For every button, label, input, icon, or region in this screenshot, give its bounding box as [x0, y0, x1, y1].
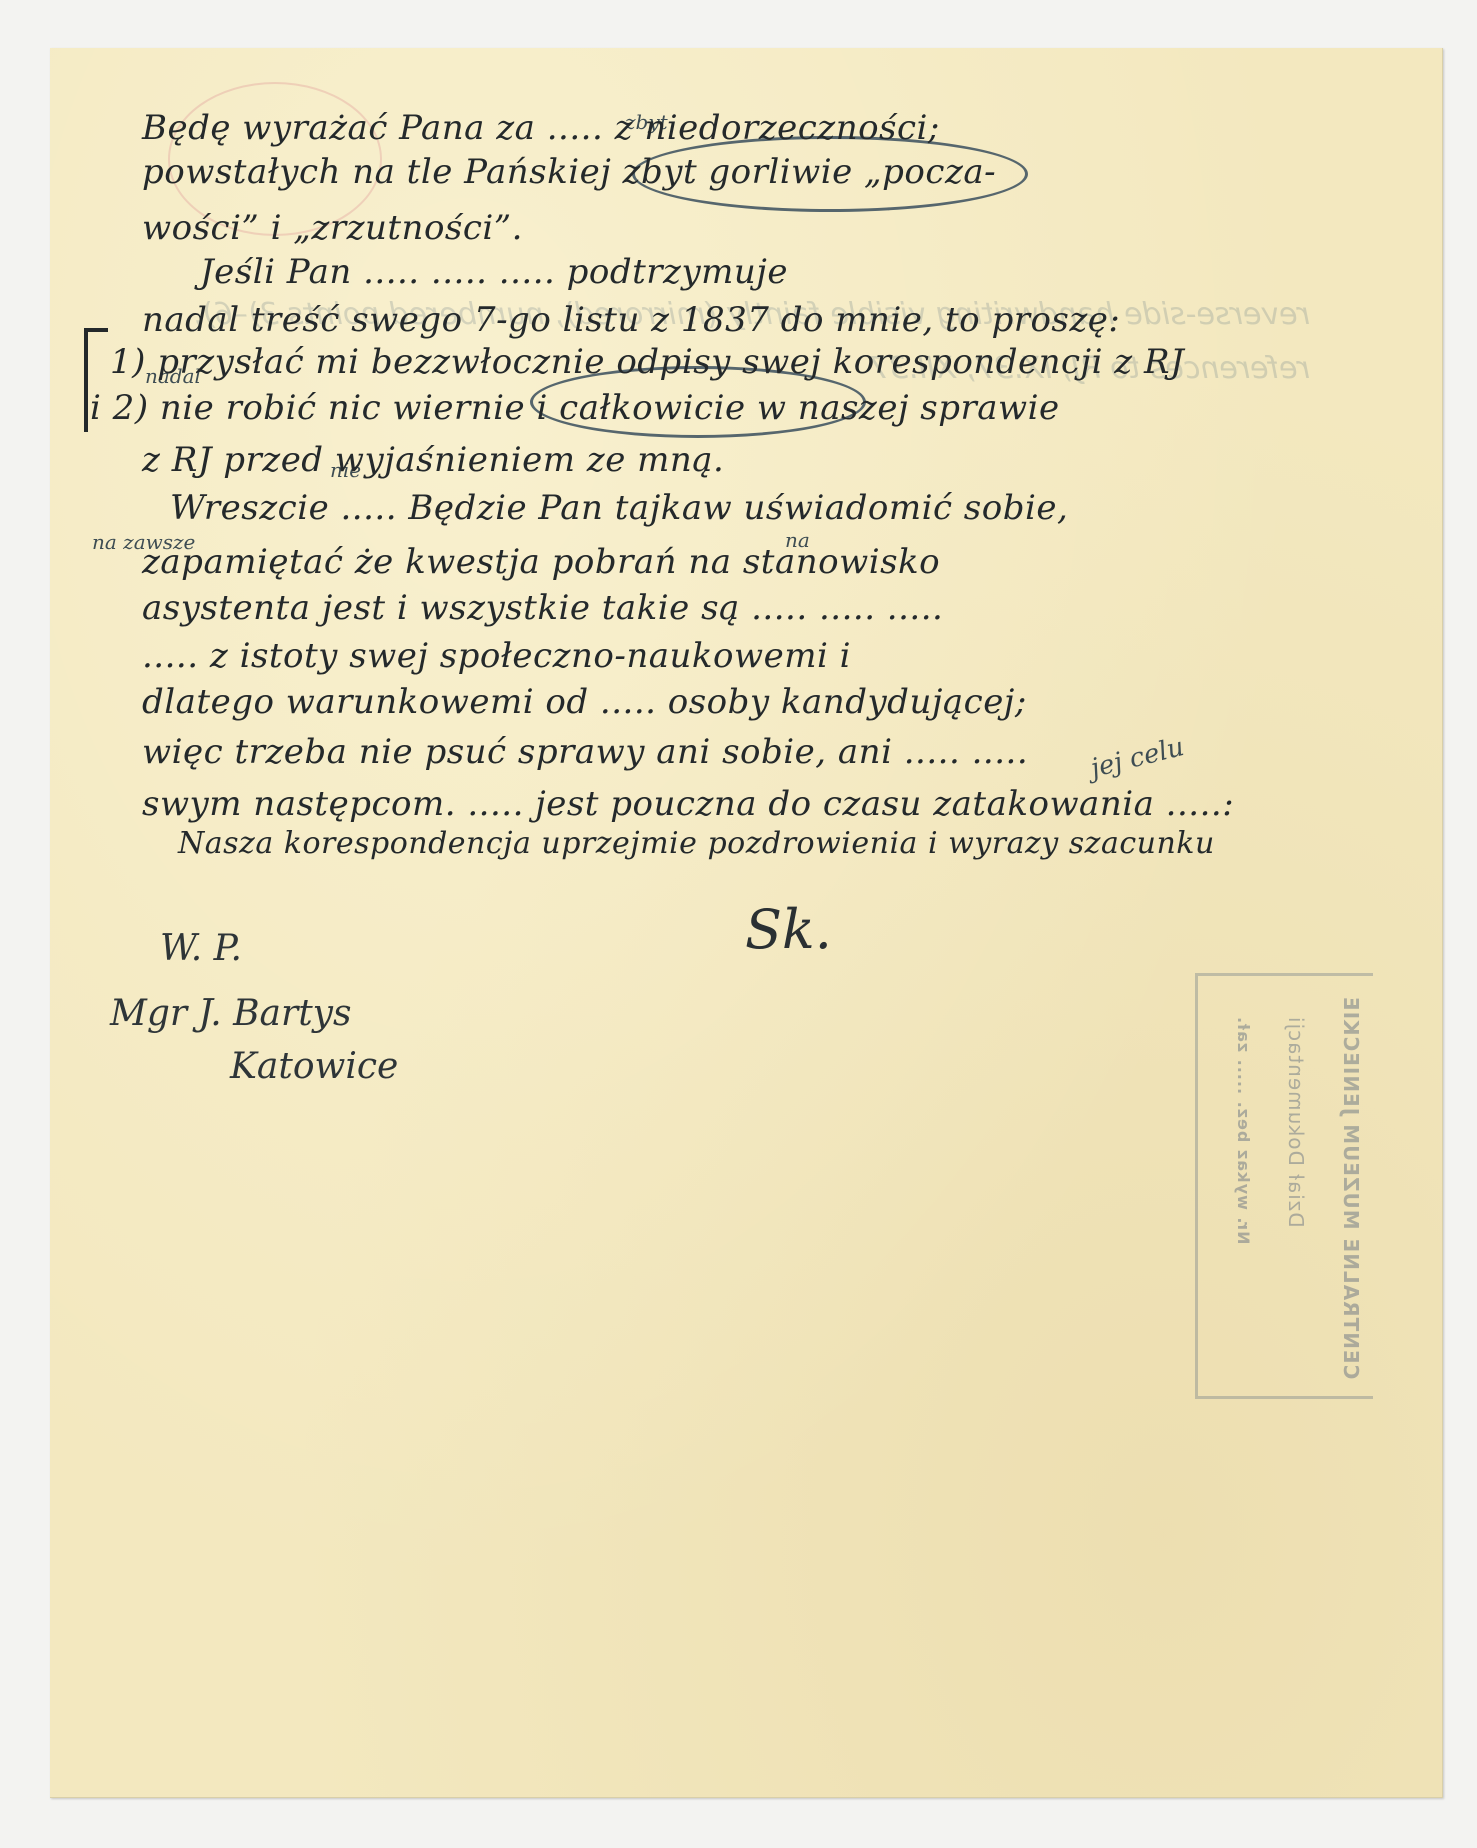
letter-line-1: Będę wyrażać Pana za ..... z niedorzeczn…	[142, 108, 940, 148]
addressee-line-3: Katowice	[230, 1046, 398, 1087]
letter-line-4: Jeśli Pan ..... ..... ..... podtrzymuje	[200, 252, 788, 292]
letter-line-6: 1) przysłać mi bezzwłocznie odpisy swej …	[110, 342, 1184, 382]
letter-line-10: zapamiętać że kwestja pobrań na stanowis…	[142, 542, 940, 582]
letter-line-3: wości” i „zrzutności”.	[142, 208, 523, 248]
letter-line-8: z RJ przed wyjaśnieniem ze mną.	[142, 440, 724, 480]
letter-page: reverse-side handwriting visible faintly…	[50, 48, 1443, 1798]
stamp-line-2: Dział Dokumentacji	[1284, 1016, 1308, 1228]
addressee-line-2: Mgr J. Bartys	[110, 993, 352, 1034]
archive-stamp: CENTRALNE MUZEUM JENIECKIE Dział Dokumen…	[1195, 973, 1373, 1399]
letter-line-2: powstałych na tle Pańskiej zbyt gorliwie…	[142, 152, 996, 192]
letter-line-14: więc trzeba nie psuć sprawy ani sobie, a…	[142, 732, 1028, 772]
signature: Sk.	[745, 898, 832, 961]
note-jej-celu: jej celu	[1088, 732, 1187, 784]
letter-line-7: i 2) nie robić nic wiernie i całkowicie …	[90, 388, 1060, 428]
stamp-line-3: Nr. wykaz bez. ..... zał.	[1234, 1016, 1253, 1245]
letter-line-12: ..... z istoty swej społeczno-naukowemi …	[142, 636, 851, 676]
letter-line-13: dlatego warunkowemi od ..... osoby kandy…	[142, 682, 1027, 722]
letter-line-5: nadal treść swego 7-go listu z 1837 do m…	[142, 300, 1120, 340]
letter-line-11: asystenta jest i wszystkie takie są ....…	[142, 588, 943, 628]
stamp-line-1: CENTRALNE MUZEUM JENIECKIE	[1339, 996, 1363, 1379]
addressee-line-1: W. P.	[160, 928, 242, 969]
letter-line-16: Nasza korespondencja uprzejmie pozdrowie…	[178, 826, 1215, 861]
letter-line-9: Wreszcie ..... Będzie Pan tajkaw uświado…	[170, 488, 1068, 528]
letter-line-15: swym następcom. ..... jest pouczna do cz…	[142, 784, 1234, 824]
